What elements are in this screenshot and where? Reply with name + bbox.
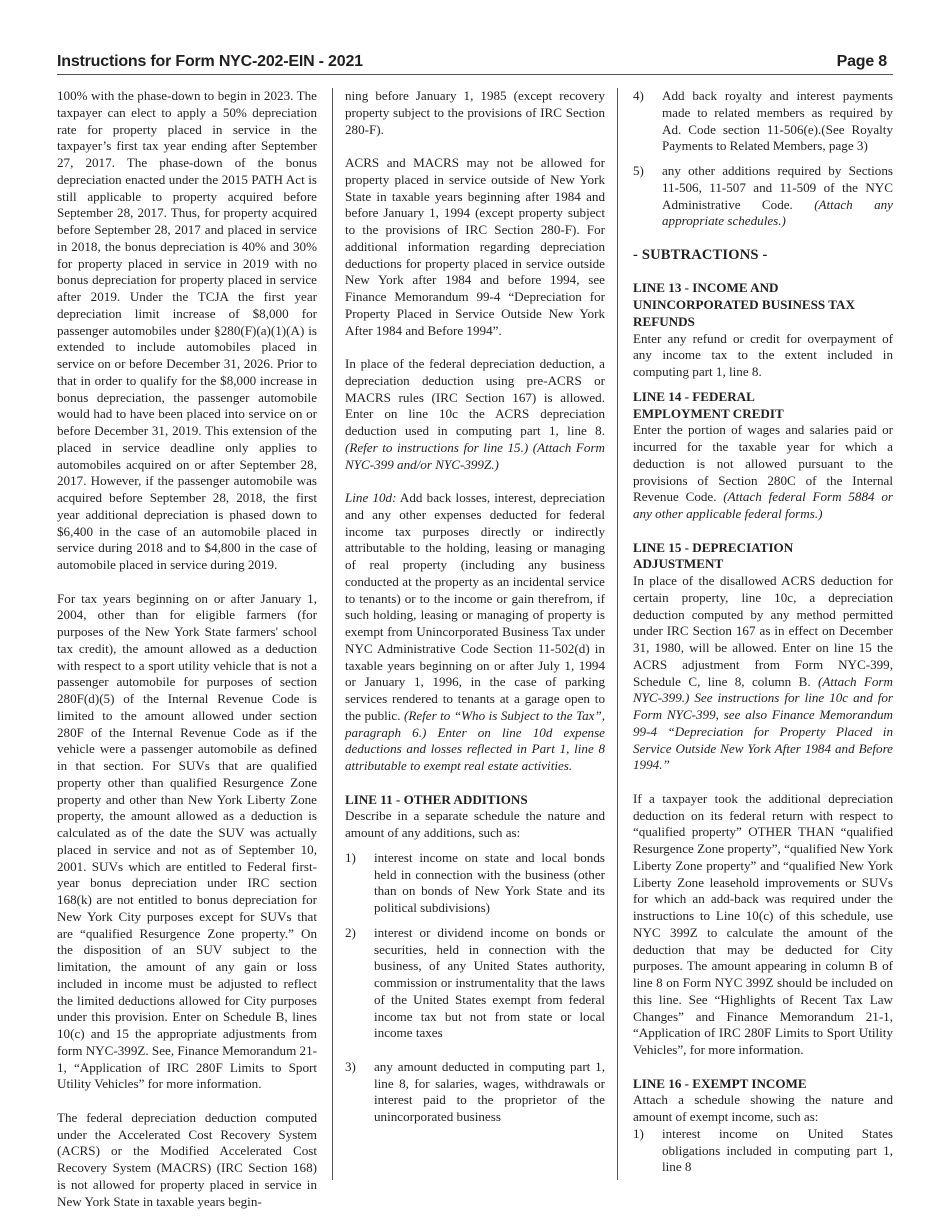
list-item: 4) Add back royalty and interest payment… xyxy=(633,88,893,155)
line-14-heading: LINE 14 - FEDERALEMPLOYMENT CREDIT xyxy=(633,389,893,423)
column-divider xyxy=(617,88,618,1180)
paragraph-acrs-macrs: The federal depreciation deduction compu… xyxy=(57,1110,317,1211)
line-14-text: Enter the portion of wages and salaries … xyxy=(633,422,893,523)
line-16-heading: LINE 16 - EXEMPT INCOME xyxy=(633,1076,893,1093)
paragraph-line-10d: Line 10d: Add back losses, interest, dep… xyxy=(345,490,605,775)
paragraph-suv-limits: For tax years beginning on or after Janu… xyxy=(57,591,317,1094)
line-13-heading: LINE 13 - INCOME AND UNINCORPORATED BUSI… xyxy=(633,280,893,330)
paragraph-line-10c: In place of the federal depreciation ded… xyxy=(345,356,605,473)
document-title: Instructions for Form NYC-202-EIN - 2021 xyxy=(57,53,363,71)
column-1: 100% with the phase-down to begin in 202… xyxy=(57,88,317,1210)
list-item: 5) any other additions required by Secti… xyxy=(633,163,893,230)
paragraph-bonus-depreciation: 100% with the phase-down to begin in 202… xyxy=(57,88,317,574)
line-10d-label: Line 10d: xyxy=(345,490,396,505)
line-11-heading: LINE 11 - OTHER ADDITIONS xyxy=(345,792,605,809)
list-item: 1) interest income on state and local bo… xyxy=(345,850,605,917)
line-11-intro: Describe in a separate schedule the natu… xyxy=(345,808,605,842)
column-divider xyxy=(332,88,333,1180)
paragraph-additional-depreciation: If a taxpayer took the additional deprec… xyxy=(633,791,893,1059)
column-3: 4) Add back royalty and interest payment… xyxy=(633,88,893,1176)
attach-note: (Refer to instructions for line 15.) (At… xyxy=(345,440,605,472)
column-2: ning before January 1, 1985 (except reco… xyxy=(345,88,605,1126)
paragraph-recovery-property: ning before January 1, 1985 (except reco… xyxy=(345,88,605,138)
line-15-heading: LINE 15 - DEPRECIATIONADJUSTMENT xyxy=(633,540,893,574)
line-16-intro: Attach a schedule showing the nature and… xyxy=(633,1092,893,1126)
paragraph-outside-ny: ACRS and MACRS may not be allowed for pr… xyxy=(345,155,605,339)
page-header: Instructions for Form NYC-202-EIN - 2021… xyxy=(57,52,893,75)
list-item: 1) interest income on United States obli… xyxy=(633,1126,893,1176)
subtractions-heading: - SUBTRACTIONS - xyxy=(633,247,893,264)
list-item: 2) interest or dividend income on bonds … xyxy=(345,925,605,1042)
line-13-text: Enter any refund or credit for overpayme… xyxy=(633,331,893,381)
list-item: 3) any amount deducted in computing part… xyxy=(345,1059,605,1126)
line-15-text: In place of the disallowed ACRS deductio… xyxy=(633,573,893,774)
page-number: Page 8 xyxy=(837,53,887,71)
